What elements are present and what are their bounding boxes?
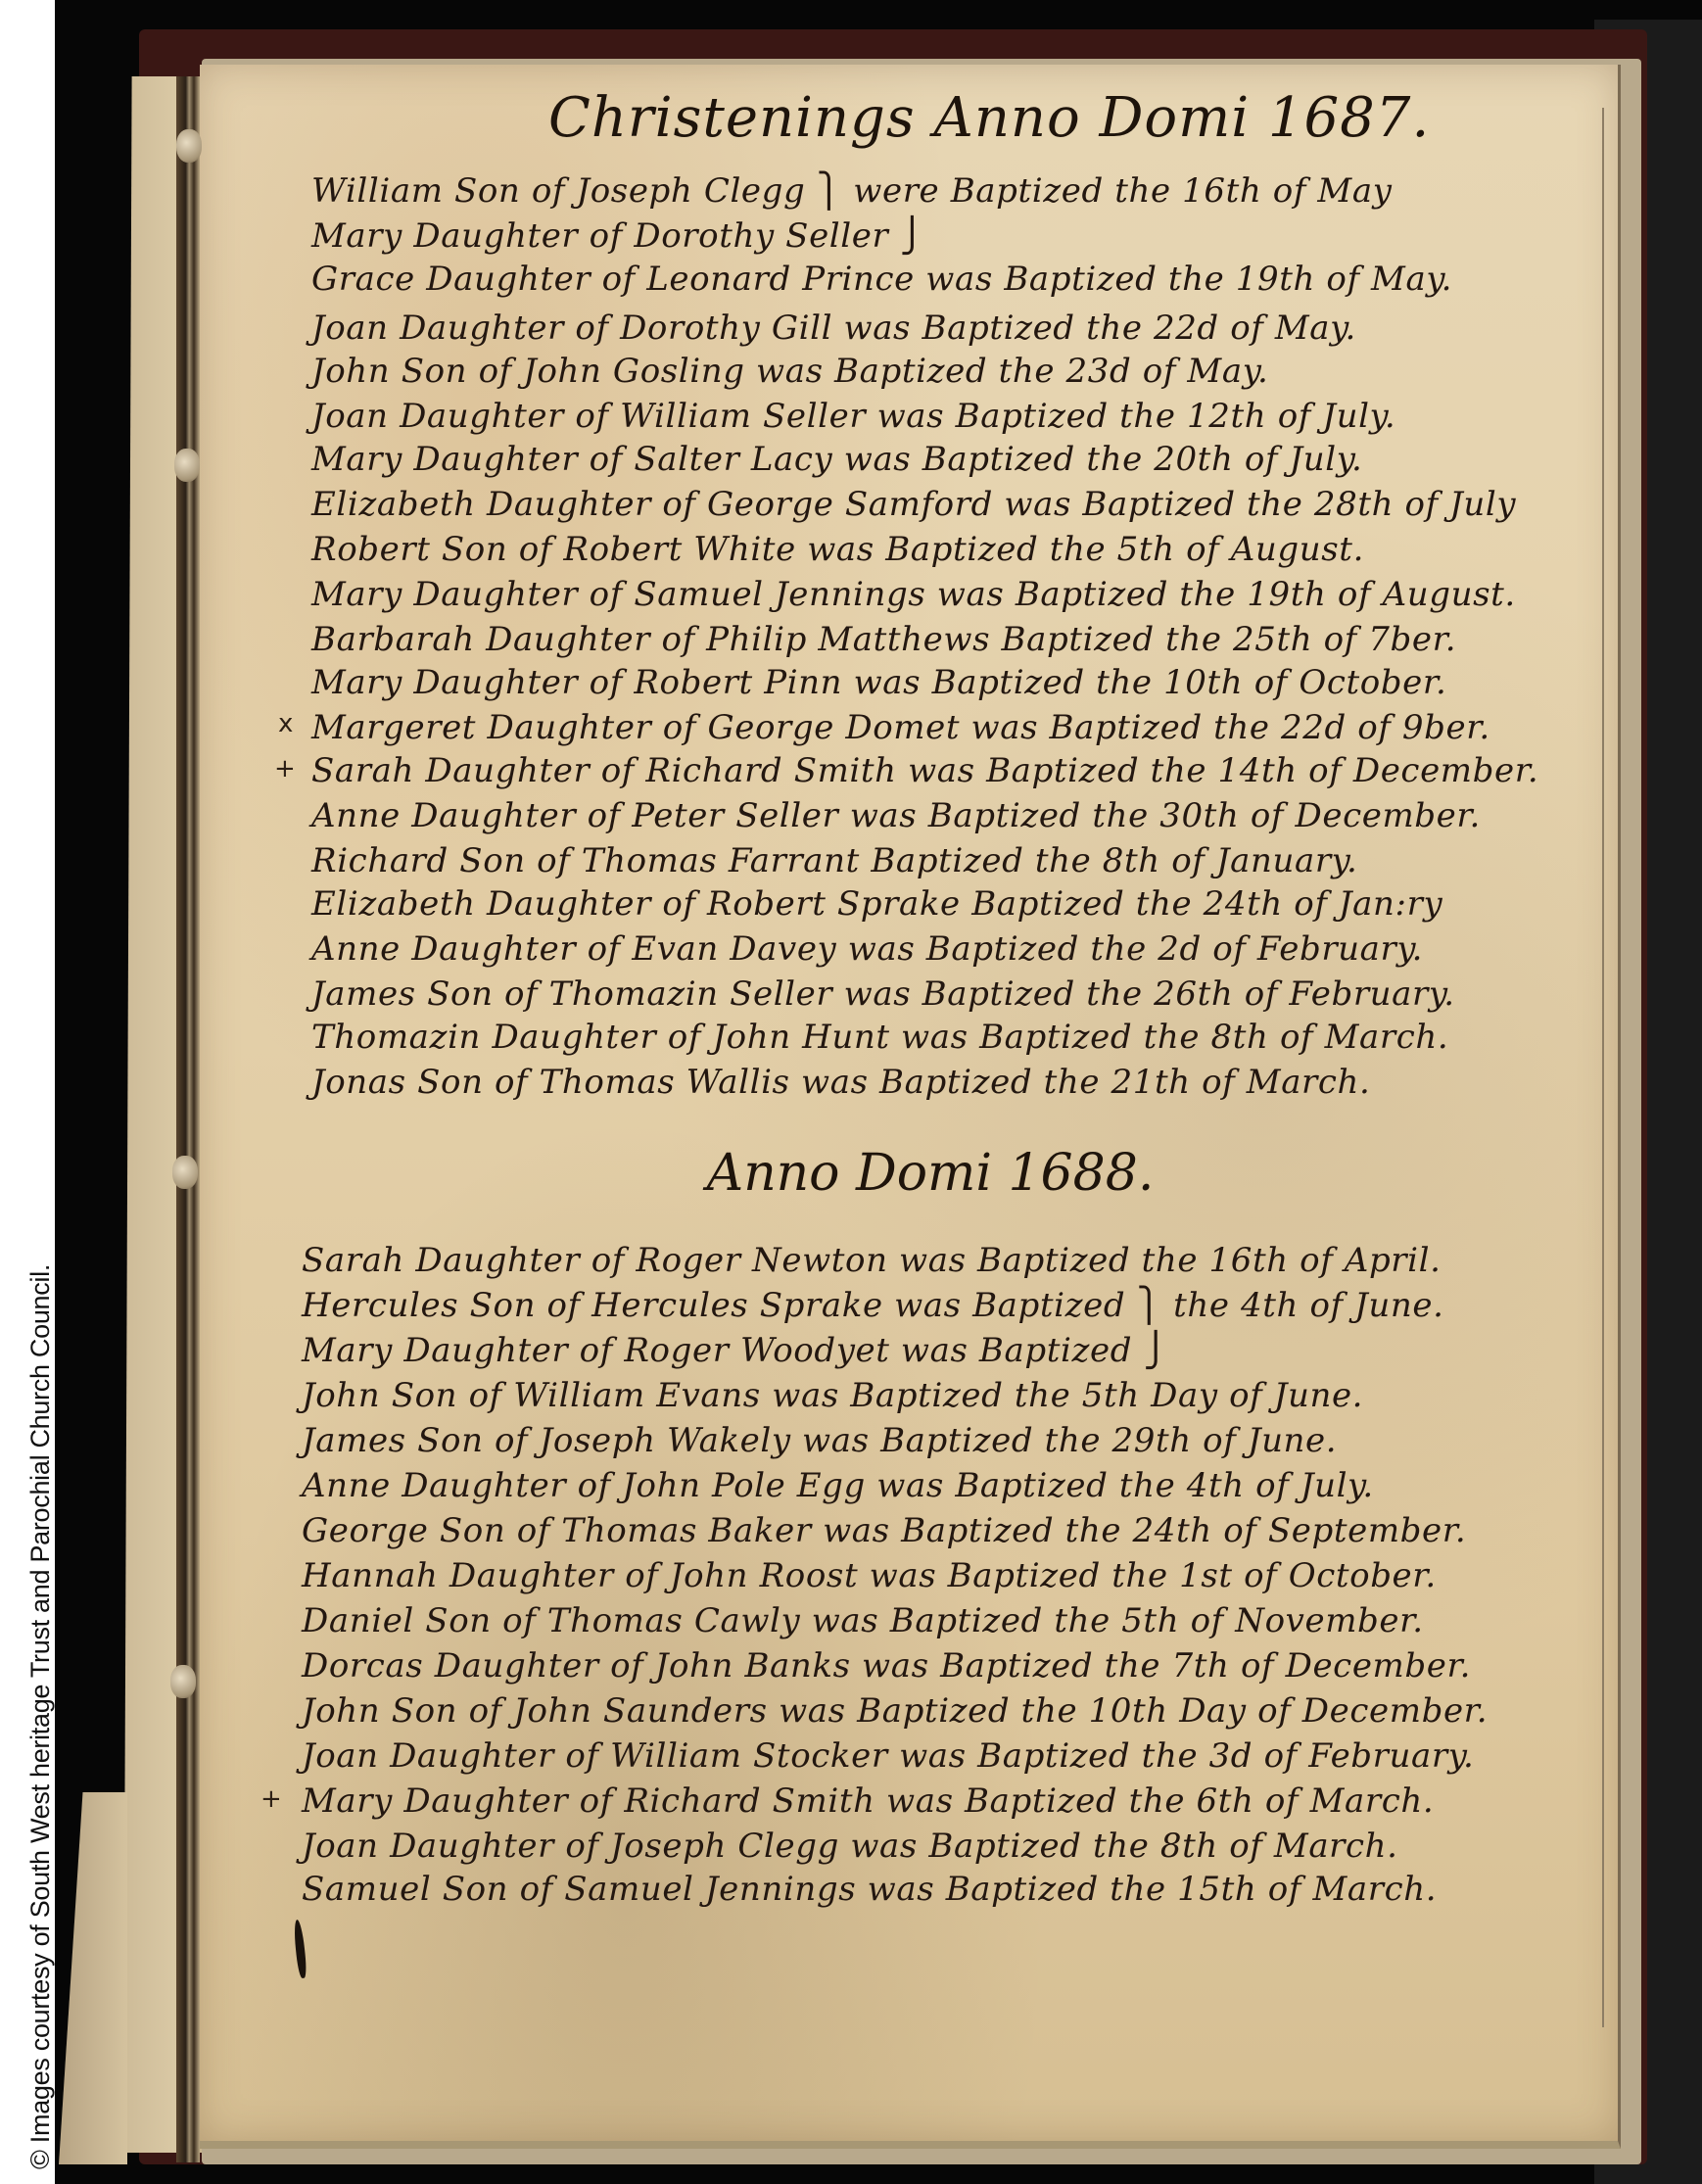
register-entry: Mary Daughter of Salter Lacy was Baptize… — [311, 443, 1362, 476]
heading-christenings-1687: Christenings Anno Domi 1687. — [548, 86, 1351, 150]
binding-thread-knot-icon — [170, 1665, 196, 1698]
register-entry: Mary Daughter of Robert Pinn was Baptize… — [311, 666, 1446, 699]
register-entry: Mary Daughter of Samuel Jennings was Bap… — [311, 578, 1516, 611]
heading-anno-domini-1688: Anno Domi 1688. — [627, 1144, 1234, 1203]
register-entry: Anne Daughter of John Pole Egg was Bapti… — [302, 1469, 1374, 1502]
binding-thread-knot-icon — [172, 1156, 198, 1189]
register-entry: Joan Daughter of Dorothy Gill was Baptiz… — [311, 311, 1356, 345]
register-entry: Anne Daughter of Peter Seller was Baptiz… — [311, 799, 1481, 832]
register-entry: Daniel Son of Thomas Cawly was Baptized … — [302, 1604, 1424, 1638]
register-entry: Mary Daughter of Richard Smith was Bapti… — [302, 1784, 1434, 1818]
register-entry: Grace Daughter of Leonard Prince was Bap… — [311, 262, 1452, 296]
register-entry: Sarah Daughter of Richard Smith was Bapt… — [311, 754, 1538, 787]
register-entry: Mary Daughter of Dorothy Seller ⎭ — [311, 219, 925, 253]
binding-thread-knot-icon — [176, 129, 202, 163]
register-entry: Joan Daughter of Joseph Clegg was Baptiz… — [302, 1829, 1398, 1863]
register-entry: Elizabeth Daughter of George Samford was… — [311, 488, 1516, 521]
register-entry: John Son of William Evans was Baptized t… — [302, 1379, 1363, 1412]
register-entry: Richard Son of Thomas Farrant Baptized t… — [311, 844, 1357, 878]
credit-strip: © Images courtesy of South West heritage… — [0, 0, 55, 2184]
register-entry: Robert Son of Robert White was Baptized … — [311, 533, 1364, 566]
register-entry: Samuel Son of Samuel Jennings was Baptiz… — [302, 1873, 1437, 1906]
register-entry: Elizabeth Daughter of Robert Sprake Bapt… — [311, 887, 1442, 921]
register-entry: Joan Daughter of William Seller was Bapt… — [311, 400, 1395, 433]
binding-thread-knot-icon — [174, 449, 200, 482]
register-entry: John Son of John Gosling was Baptized th… — [311, 355, 1268, 388]
register-entry: Margeret Daughter of George Domet was Ba… — [311, 711, 1490, 744]
copyright-credit: © Images courtesy of South West heritage… — [27, 1264, 54, 2169]
page-margin-rule — [1602, 108, 1604, 2027]
margin-mark-x: x — [278, 709, 293, 738]
binding-gutter — [176, 76, 200, 2162]
register-entry: Anne Daughter of Evan Davey was Baptized… — [311, 932, 1423, 966]
register-entry: John Son of John Saunders was Baptized t… — [302, 1694, 1488, 1728]
register-entry: Mary Daughter of Roger Woodyet was Bapti… — [302, 1334, 1169, 1367]
register-entry: Joan Daughter of William Stocker was Bap… — [302, 1739, 1474, 1773]
margin-mark-cross: + — [260, 1784, 282, 1814]
register-entry: William Son of Joseph Clegg ⎫ were Bapti… — [311, 174, 1393, 208]
register-entry: Dorcas Daughter of John Banks was Baptiz… — [302, 1649, 1471, 1683]
register-entry: Hercules Son of Hercules Sprake was Bapt… — [302, 1289, 1443, 1322]
margin-mark-cross: + — [274, 754, 296, 783]
register-entry: James Son of Joseph Wakely was Baptized … — [302, 1424, 1337, 1457]
register-entry: Sarah Daughter of Roger Newton was Bapti… — [302, 1244, 1442, 1277]
register-entry: Jonas Son of Thomas Wallis was Baptized … — [311, 1066, 1370, 1099]
register-entry: Thomazin Daughter of John Hunt was Bapti… — [311, 1021, 1448, 1054]
register-entry: George Son of Thomas Baker was Baptized … — [302, 1514, 1466, 1547]
register-entry: Barbarah Daughter of Philip Matthews Bap… — [311, 623, 1456, 656]
register-entry: James Son of Thomazin Seller was Baptize… — [311, 977, 1455, 1011]
register-entry: Hannah Daughter of John Roost was Baptiz… — [302, 1559, 1437, 1592]
